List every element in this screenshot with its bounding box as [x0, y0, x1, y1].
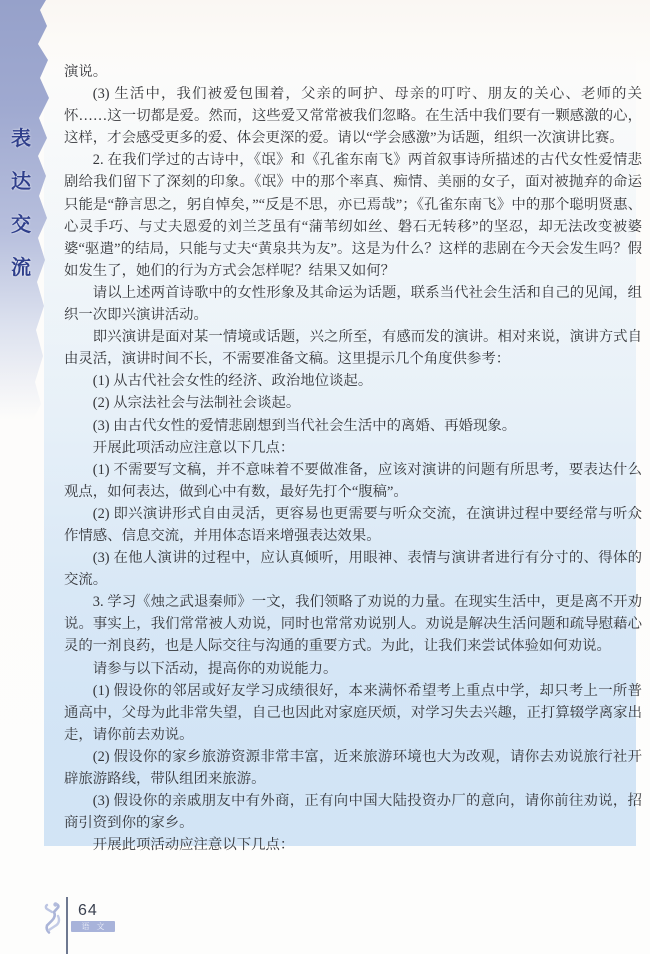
paragraph: 即兴演讲是面对某一情境或话题，兴之所至，有感而发的演讲。相对来说，演讲方式自由灵…	[64, 326, 642, 370]
textbook-page: 表 达 交 流 演说。 (3) 生活中，我们被爱包围着，父亲的呵护、母亲的叮咛、…	[0, 0, 650, 954]
paragraph: 开展此项活动应注意以下几点：	[64, 437, 642, 459]
paragraph: 演说。	[64, 61, 642, 83]
paragraph: (3) 在他人演讲的过程中，应认真倾听，用眼神、表情与演讲者进行有分寸的、得体的…	[64, 547, 642, 591]
paragraph: (2) 即兴演讲形式自由灵活，更容易也更需要与听众交流，在演讲过程中要经常与听众…	[64, 503, 642, 547]
paragraph: (3) 假设你的亲戚朋友中有外商，正有向中国大陆投资办厂的意向，请你前往劝说，招…	[64, 790, 642, 834]
paragraph: (2) 假设你的家乡旅游资源非常丰富，近来旅游环境也大为改观，请你去劝说旅行社开…	[64, 746, 642, 790]
footer-divider	[66, 897, 68, 954]
paragraph: (2) 从宗法社会与法制社会谈起。	[64, 392, 642, 414]
paragraph: 请以上述两首诗歌中的女性形象及其命运为话题，联系当代社会生活和自己的见闻，组织一…	[64, 282, 642, 326]
sidebar-title-char: 流	[11, 251, 31, 280]
sidebar-title-char: 达	[11, 165, 31, 194]
mascot-figure-icon	[40, 901, 66, 935]
sidebar-title-char: 表	[11, 122, 31, 151]
paragraph: (1) 从古代社会女性的经济、政治地位谈起。	[64, 370, 642, 392]
paragraph: 请参与以下活动，提高你的劝说能力。	[64, 658, 642, 680]
sidebar-title-char: 交	[11, 208, 31, 237]
subject-badge: 语文	[71, 921, 115, 932]
paragraph: (1) 不需要写文稿，并不意味着不要做准备，应该对演讲的问题有所思考，要表达什么…	[64, 459, 642, 503]
page-number: 64	[78, 902, 98, 920]
paragraph: (3) 由古代女性的爱情悲剧想到当代社会生活中的离婚、再婚现象。	[64, 415, 642, 437]
paragraph: (1) 假设你的邻居或好友学习成绩很好，本来满怀希望考上重点中学，却只考上一所普…	[64, 680, 642, 746]
body-text: 演说。 (3) 生活中，我们被爱包围着，父亲的呵护、母亲的叮咛、朋友的关心、老师…	[64, 61, 642, 856]
paragraph: 开展此项活动应注意以下几点：	[64, 834, 642, 856]
paragraph: (3) 生活中，我们被爱包围着，父亲的呵护、母亲的叮咛、朋友的关心、老师的关怀……	[64, 83, 642, 149]
paragraph: 3. 学习《烛之武退秦师》一文，我们领略了劝说的力量。在现实生活中，更是离不开劝…	[64, 591, 642, 657]
sidebar-unit-title: 表 达 交 流	[8, 122, 34, 280]
paragraph: 2. 在我们学过的古诗中，《氓》和《孔雀东南飞》两首叙事诗所描述的古代女性爱情悲…	[64, 149, 642, 282]
